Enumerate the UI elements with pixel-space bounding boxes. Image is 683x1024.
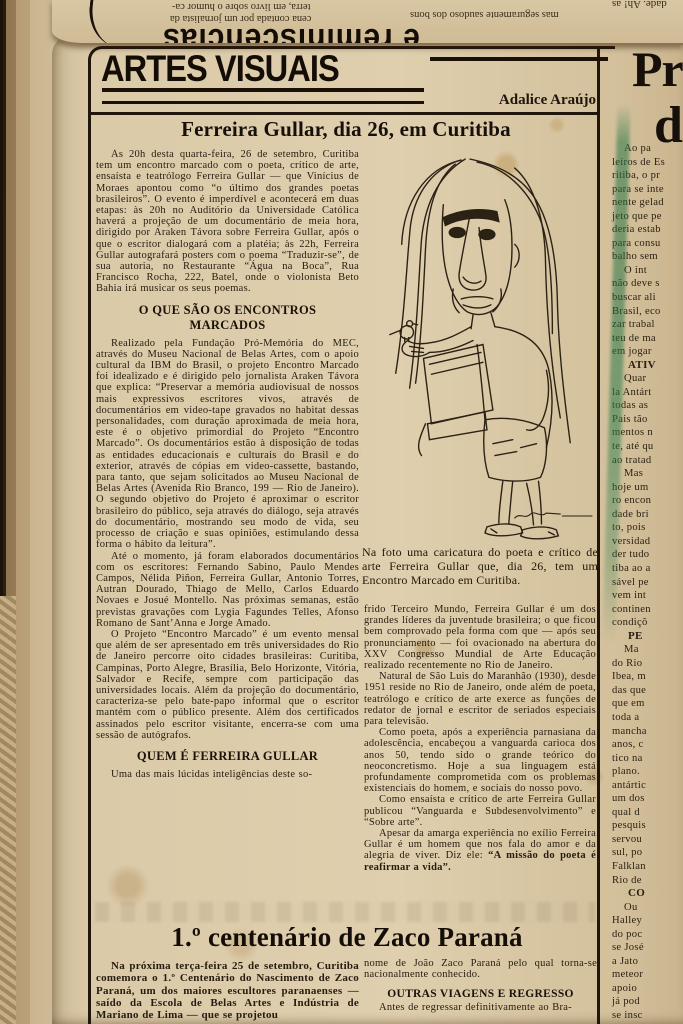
article-headline-zaco: 1.º centenário de Zaco Paraná [94,922,600,953]
subheading-encontros: O QUE SÃO OS ENCONTROS [96,303,359,318]
subheading-outras-viagens: OUTRAS VIAGENS E REGRESSO [364,987,597,1002]
clipped-text-line: PE [612,630,683,644]
clipped-text-line: vem int [612,589,683,603]
fold-border-arc [86,0,124,45]
clipped-text-line: um dos [612,792,683,806]
clipped-text-line: ro encon [612,494,683,508]
clipped-text-line: tiba ao a [612,562,683,576]
section-title-sideline [430,57,608,61]
photo-caption: Na foto uma caricatura do poeta e crític… [362,546,598,587]
clipped-text-line: qual d [612,806,683,820]
paragraph: O Projeto “Encontro Marcado” é um evento… [96,629,359,741]
clipped-text-line: todas as [612,399,683,413]
clipped-text-line: Ibea, m [612,670,683,684]
paragraph-continuation: Uma das mais lúcidas inteligências deste… [96,769,359,780]
clipped-text-line: dade bri [612,508,683,522]
clipped-text-line: mentos n [612,426,683,440]
upside-down-text-line: terra, em livro sobre o humor ca- [172,0,311,12]
clipped-text-line: servou [612,833,683,847]
artist-signature [515,513,561,518]
clipped-text-line: pesquis [612,819,683,833]
article-column-left: Às 20h desta quarta-feira, 26 de setembr… [96,149,359,925]
article-column-middle: frido Terceiro Mundo, Ferreira Gullar é … [364,604,596,926]
paragraph: Na próxima terça-feira 25 de setembro, C… [96,960,359,1021]
column-rule [597,49,600,1024]
upside-down-text-fragment: dade. Ah! as [612,0,667,10]
clipped-text-line: der tudo [612,548,683,562]
zaco-column-right: nome de João Zaco Paraná pelo qual torna… [364,958,597,1024]
clipped-text-line: sável pe [612,576,683,590]
clipped-text-line: condiçõ [612,616,683,630]
clipped-text-line: hoje um [612,481,683,495]
paragraph: Como poeta, após a experiência parnasian… [364,727,596,794]
clipped-text-line: toda a [612,711,683,725]
clipped-text-line: mancha [612,725,683,739]
section-title: ARTES VISUAIS [101,48,339,91]
paragraph: Realizado pela Fundação Pró-Memória do M… [96,338,359,551]
upside-down-text-line: mas seguramente saudoso dos bons [410,8,559,20]
clipped-text-line: anos, c [612,738,683,752]
clipped-text-line: do Rio [612,657,683,671]
paragraph-closing-quote: Apesar da amarga experiência no exílio F… [364,828,596,873]
upside-down-headline-fragment: e reminiscências [162,20,420,45]
clipped-text-line: te, até qu [612,440,683,454]
clipped-text-line: das que [612,684,683,698]
paragraph: Até o momento, já foram elaborados docum… [96,551,359,629]
clipped-text-line: se insc [612,1009,683,1023]
ferreira-gullar-caricature-illustration [366,150,596,542]
clipped-text-line: ao tratad [612,454,683,468]
paragraph: Como ensaísta e crítico de arte Ferreira… [364,794,596,828]
clipped-text-line: Ou [612,901,683,915]
clipped-text-line: tico na [612,752,683,766]
clipped-text-line: antártic [612,779,683,793]
clipped-text-line: que em [612,697,683,711]
clipped-text-line: apoio [612,982,683,996]
clipped-text-line: Falklan [612,860,683,874]
newspaper-page-photo: ARTES VISUAIS Adalice Araújo Ferreira Gu… [0,0,683,1024]
paragraph-intro: Às 20h desta quarta-feira, 26 de setembr… [96,149,359,295]
clipped-text-line: a Jato [612,955,683,969]
clipped-text-line: Halley [612,914,683,928]
adjacent-headline-fragment: Pr [632,40,683,98]
clipped-text-line: to, pois [612,521,683,535]
clipped-text-line: Pais tão [612,413,683,427]
clipped-text-line: plano. [612,765,683,779]
byline: Adalice Araújo [350,92,596,109]
article-headline: Ferreira Gullar, dia 26, em Curitiba [94,117,598,142]
paragraph-continuation: nome de João Zaco Paraná pelo qual torna… [364,958,597,980]
clipped-text-line: Mas [612,467,683,481]
paragraph-continuation: frido Terceiro Mundo, Ferreira Gullar é … [364,604,596,671]
clipped-text-line: sul, po [612,846,683,860]
folded-page-corner: terra, em livro sobre o humor ca- cena c… [52,0,683,45]
clipped-text-line: versidad [612,535,683,549]
clipped-text-line: CO [612,887,683,901]
zaco-column-left: Na próxima terça-feira 25 de setembro, C… [96,960,359,1024]
clipped-text-line: Ma [612,643,683,657]
header-rule [90,112,599,115]
clipped-text-line: se José [612,941,683,955]
subheading-encontros-line2: MARCADOS [96,318,359,333]
subheading-quem-e: QUEM É FERREIRA GULLAR [96,749,359,764]
paragraph: Antes de regressar definitivamente ao Br… [364,1002,597,1013]
clipped-text-line: la Antárt [612,386,683,400]
clipped-text-line: continen [612,603,683,617]
paragraph: Natural de São Luis do Maranhão (1930), … [364,671,596,727]
clipped-text-line: já pod [612,995,683,1009]
clipped-text-line: meteor [612,968,683,982]
clipped-text-line: do poc [612,928,683,942]
clipped-text-line: Rio de [612,874,683,888]
